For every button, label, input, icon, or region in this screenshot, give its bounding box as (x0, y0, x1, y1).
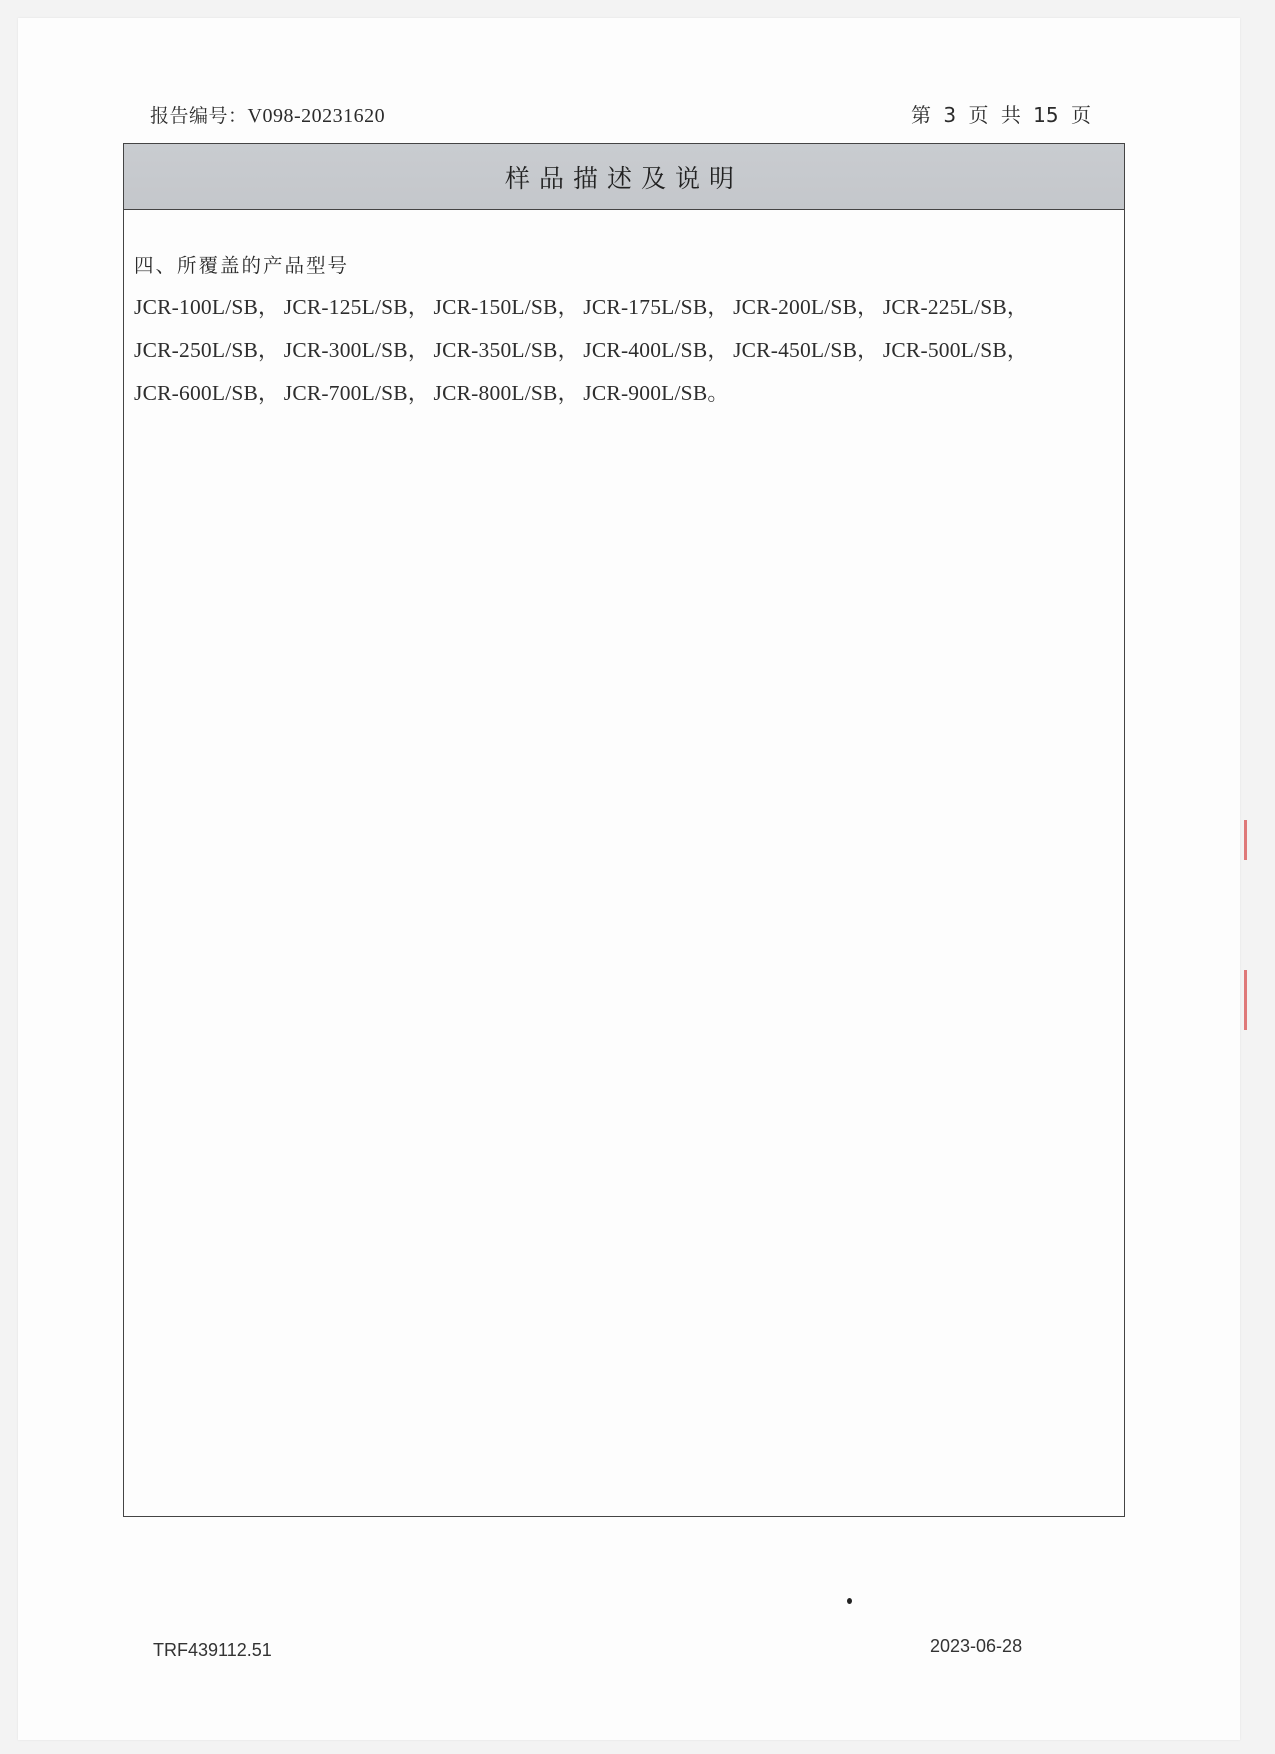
frame-header: 样品描述及说明 (124, 144, 1124, 210)
model-item: JCR-100L/SB， (134, 295, 280, 319)
model-list: JCR-100L/SB，JCR-125L/SB，JCR-150L/SB，JCR-… (134, 286, 1119, 415)
model-item: JCR-600L/SB， (134, 381, 280, 405)
scan-speck (847, 1598, 852, 1604)
report-number-label: 报告编号： (150, 105, 248, 127)
model-item: JCR-800L/SB， (434, 381, 580, 405)
model-item: JCR-900L/SB。 (583, 381, 729, 405)
model-item: JCR-200L/SB， (733, 295, 879, 319)
model-item: JCR-700L/SB， (284, 381, 430, 405)
section-heading: 四、所覆盖的产品型号 (134, 250, 1124, 278)
model-item: JCR-350L/SB， (434, 338, 580, 362)
report-number-value: V098-20231620 (248, 105, 386, 127)
page-indicator: 第 3 页 共 15 页 (911, 99, 1091, 128)
model-item: JCR-450L/SB， (733, 338, 879, 362)
report-number: 报告编号：V098-20231620 (150, 101, 385, 128)
form-code: TRF439112.51 (153, 1640, 272, 1661)
model-item: JCR-500L/SB， (883, 338, 1029, 362)
model-item: JCR-125L/SB， (284, 295, 430, 319)
content-frame: 样品描述及说明 四、所覆盖的产品型号 JCR-100L/SB，JCR-125L/… (123, 143, 1125, 1517)
frame-content: 四、所覆盖的产品型号 JCR-100L/SB，JCR-125L/SB，JCR-1… (124, 250, 1124, 415)
model-item: JCR-225L/SB， (883, 295, 1029, 319)
stamp-edge-mark (1244, 820, 1247, 860)
model-item: JCR-175L/SB， (583, 295, 729, 319)
model-item: JCR-150L/SB， (434, 295, 580, 319)
model-item: JCR-400L/SB， (583, 338, 729, 362)
model-item: JCR-250L/SB， (134, 338, 280, 362)
model-item: JCR-300L/SB， (284, 338, 430, 362)
stamp-edge-mark (1244, 970, 1247, 1030)
frame-title: 样品描述及说明 (505, 159, 743, 195)
footer-date: 2023-06-28 (930, 1636, 1022, 1657)
